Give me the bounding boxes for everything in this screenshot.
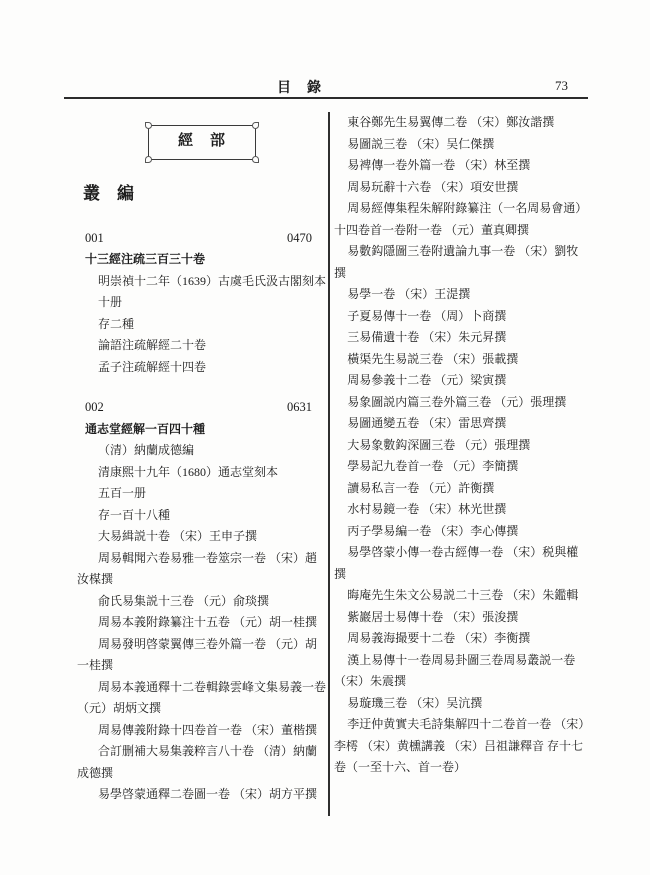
catalog-item: 丙子學易編一卷 （宋）李心傳撰 (334, 521, 588, 543)
entry-title: 通志堂經解一百四十種 (77, 419, 327, 441)
catalog-item: 東谷鄭先生易翼傳二卷 （宋）鄭汝諧撰 (334, 112, 588, 134)
page-number: 73 (555, 78, 568, 94)
catalog-item: 周易玩辭十六卷 （宋）項安世撰 (334, 177, 588, 199)
entry-list: 0010470十三經注疏三百三十卷明崇禎十二年（1639）古虞毛氏汲古閣刻本十册… (77, 228, 327, 806)
catalog-entry: 0020631通志堂經解一百四十種（清）納蘭成德編清康熙十九年（1680）通志堂… (77, 397, 327, 806)
entry-line: 周易本義通釋十二卷輯錄雲峰文集易義一卷 （元）胡炳文撰 (77, 677, 327, 720)
catalog-item: 易數鈎隱圖三卷附遺論九事一卷 （宋）劉牧撰 (334, 241, 588, 284)
catalog-item: 水村易鏡一卷 （宋）林光世撰 (334, 499, 588, 521)
section-box: 經 部 (148, 125, 256, 160)
catalog-page: 目 錄 73 經 部 叢 編 0010470十三經注疏三百三十卷明崇禎十二年（1… (0, 0, 650, 875)
entry-code: 0470 (287, 228, 312, 250)
entry-line: 周易輯聞六卷易雅一卷筮宗一卷 （宋）趙汝楳撰 (77, 548, 327, 591)
catalog-item: 李迂仲黄實夫毛詩集解四十二卷首一卷 （宋）李樗 （宋）黄櫄講義 （宋）吕祖謙釋音… (334, 714, 588, 779)
entry-line: 存二種 (77, 314, 327, 336)
entry-code: 0631 (287, 397, 312, 419)
entry-number: 002 (85, 397, 104, 419)
catalog-item: 子夏易傳十一卷 （周）卜商撰 (334, 306, 588, 328)
entry-line: 明崇禎十二年（1639）古虞毛氏汲古閣刻本 (77, 271, 327, 293)
entry-line: 十册 (77, 292, 327, 314)
catalog-item: 易圖通變五卷 （宋）雷思齊撰 (334, 413, 588, 435)
catalog-item: 紫巖居士易傳十卷 （宋）張浚撰 (334, 607, 588, 629)
entry-number-row: 0020631 (77, 397, 327, 419)
catalog-item: 學易記九卷首一卷 （元）李簡撰 (334, 456, 588, 478)
catalog-item: 周易參義十二卷 （元）梁寅撰 (334, 370, 588, 392)
entry-line: 合訂删補大易集義粹言八十卷 （清）納蘭成德撰 (77, 741, 327, 784)
catalog-item: 易學一卷 （宋）王湜撰 (334, 284, 588, 306)
catalog-item: 易象圖説内篇三卷外篇三卷 （元）張理撰 (334, 392, 588, 414)
catalog-item: 周易義海撮要十二卷 （宋）李衡撰 (334, 628, 588, 650)
catalog-item: 三易備遺十卷 （宋）朱元昇撰 (334, 327, 588, 349)
page-title: 目 錄 (277, 77, 322, 97)
catalog-item: 易璇璣三卷 （宋）吴沆撰 (334, 693, 588, 715)
section-box-label: 經 部 (178, 133, 226, 149)
entry-line: 易學啓蒙通釋二卷圖一卷 （宋）胡方平撰 (77, 784, 327, 806)
catalog-item-list: 東谷鄭先生易翼傳二卷 （宋）鄭汝諧撰易圖説三卷 （宋）吴仁傑撰易裨傳一卷外篇一卷… (334, 112, 588, 779)
catalog-entry: 0010470十三經注疏三百三十卷明崇禎十二年（1639）古虞毛氏汲古閣刻本十册… (77, 228, 327, 379)
entry-line: 論語注疏解經二十卷 (77, 335, 327, 357)
entry-title: 十三經注疏三百三十卷 (77, 249, 327, 271)
entry-line: 清康熙十九年（1680）通志堂刻本 (77, 462, 327, 484)
right-column: 東谷鄭先生易翼傳二卷 （宋）鄭汝諧撰易圖説三卷 （宋）吴仁傑撰易裨傳一卷外篇一卷… (334, 112, 588, 779)
column-divider (328, 112, 330, 816)
catalog-item: 易裨傳一卷外篇一卷 （宋）林至撰 (334, 155, 588, 177)
catalog-item: 易圖説三卷 （宋）吴仁傑撰 (334, 134, 588, 156)
subsection-heading: 叢 編 (83, 184, 327, 204)
entry-line: 五百一册 (77, 483, 327, 505)
entry-number: 001 (85, 228, 104, 250)
catalog-item: 晦庵先生朱文公易説二十三卷 （宋）朱鑑輯 (334, 585, 588, 607)
entry-number-row: 0010470 (77, 228, 327, 250)
header-rule (64, 97, 588, 99)
entry-line: 存一百十八種 (77, 505, 327, 527)
catalog-item: 漢上易傳十一卷周易卦圖三卷周易叢説一卷 （宋）朱震撰 (334, 650, 588, 693)
left-column: 經 部 叢 編 0010470十三經注疏三百三十卷明崇禎十二年（1639）古虞毛… (77, 112, 327, 806)
catalog-item: 周易經傳集程朱解附錄纂注（一名周易會通）十四卷首一卷附一卷 （元）董真卿撰 (334, 198, 588, 241)
entry-line: 大易緝説十卷 （宋）王申子撰 (77, 526, 327, 548)
entry-line: 俞氏易集説十三卷 （元）俞琰撰 (77, 591, 327, 613)
catalog-item: 易學啓蒙小傳一卷古經傳一卷 （宋）税與權撰 (334, 542, 588, 585)
entry-line: 周易本義附錄纂注十五卷 （元）胡一桂撰 (77, 612, 327, 634)
entry-line: 孟子注疏解經十四卷 (77, 357, 327, 379)
entry-line: 周易發明啓蒙翼傳三卷外篇一卷 （元）胡一桂撰 (77, 634, 327, 677)
entry-line: 周易傳義附錄十四卷首一卷 （宋）董楷撰 (77, 720, 327, 742)
catalog-item: 橫渠先生易説三卷 （宋）張載撰 (334, 349, 588, 371)
catalog-item: 讀易私言一卷 （元）許衡撰 (334, 478, 588, 500)
entry-line: （清）納蘭成德編 (77, 440, 327, 462)
catalog-item: 大易象數鈎深圖三卷 （元）張理撰 (334, 435, 588, 457)
